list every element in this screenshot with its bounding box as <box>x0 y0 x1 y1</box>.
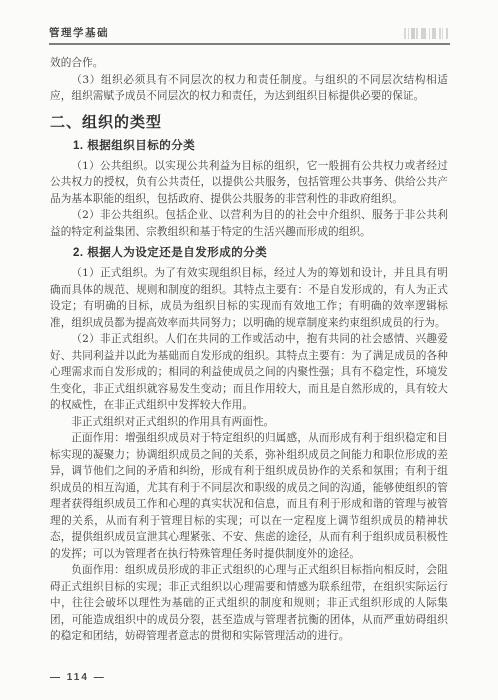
paragraph-point3: （3）组织必须具有不同层次的权力和责任制度。与组织的不同层次结构相适应，组织需赋… <box>50 72 448 105</box>
paragraph-positive-effects: 正面作用：增强组织成员对于特定组织的归属感，从而形成有利于组织稳定和目标实现的凝… <box>50 430 448 562</box>
page-number: — 114 — <box>50 672 106 683</box>
book-page: 管理学基础 效的合作。 （3）组织必须具有不同层次的权力和责任制度。与组织的不同… <box>0 0 498 700</box>
paragraph-negative-effects: 负面作用：组织成员形成的非正式组织的心理与正式组织目标指向相反时，会阻碍正式组织… <box>50 562 448 645</box>
paragraph-public-organization: （1）公共组织。以实现公共利益为目标的组织，它一般拥有公共权力或者经过公共权力的… <box>50 158 448 208</box>
paragraph-two-sides: 非正式组织对正式组织的作用具有两面性。 <box>50 414 448 431</box>
page-footer: — 114 — <box>50 672 106 683</box>
barcode-icon <box>404 28 450 39</box>
page-header: 管理学基础 <box>49 27 450 45</box>
header-title: 管理学基础 <box>49 27 109 40</box>
subsection-2-heading: 2. 根据人为设定还是自发形成的分类 <box>50 246 448 261</box>
paragraph-continuation: 效的合作。 <box>50 55 448 72</box>
section-heading-organization-types: 二、组织的类型 <box>50 113 448 133</box>
subsection-1-heading: 1. 根据组织目标的分类 <box>50 139 448 154</box>
paragraph-non-public-organization: （2）非公共组织。包括企业、以营利为目的的社会中介组织、服务于非公共利益的特定利… <box>50 207 448 240</box>
paragraph-informal-organization: （2）非正式组织。人们在共同的工作或活动中，抱有共同的社会感情、兴趣爱好、共同利… <box>50 331 448 414</box>
page-body: 效的合作。 （3）组织必须具有不同层次的权力和责任制度。与组织的不同层次结构相适… <box>50 55 448 645</box>
paragraph-formal-organization: （1）正式组织。为了有效实现组织目标，经过人为的筹划和设计，并且具有明确而具体的… <box>50 265 448 331</box>
